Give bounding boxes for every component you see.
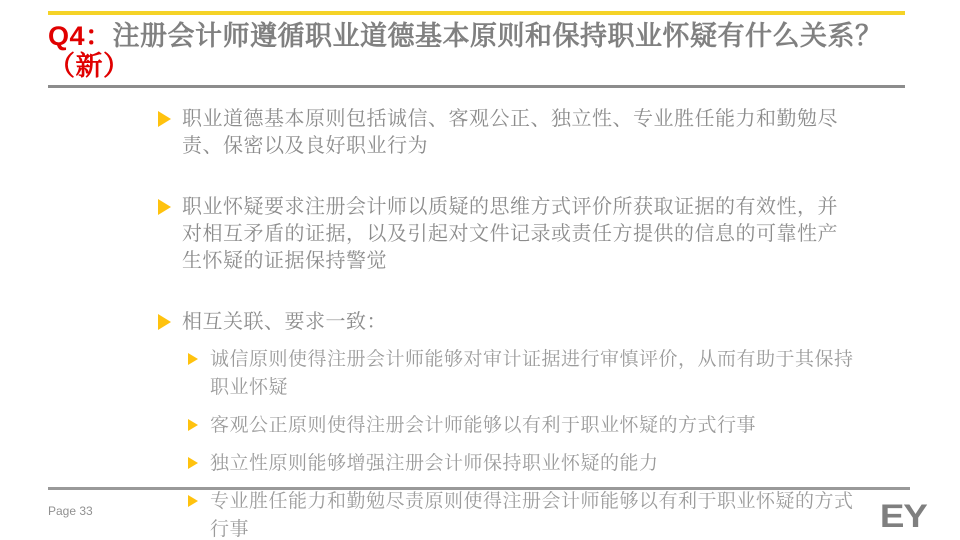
bullet-item: 职业道德基本原则包括诚信、客观公正、独立性、专业胜任能力和勤勉尽责、保密以及良好…: [158, 106, 905, 160]
title-bottom-rule: [48, 85, 905, 88]
bullet-triangle-icon: [158, 111, 171, 127]
bullet-text: 职业怀疑要求注册会计师以质疑的思维方式评价所获取证据的有效性，并对相互矛盾的证据…: [182, 194, 844, 275]
page-number: Page 33: [48, 504, 93, 518]
bullet-triangle-icon: [188, 457, 198, 469]
page-title: Q4：注册会计师遵循职业道德基本原则和保持职业怀疑有什么关系？（新）: [48, 21, 905, 81]
bullet-item: 职业怀疑要求注册会计师以质疑的思维方式评价所获取证据的有效性，并对相互矛盾的证据…: [158, 194, 905, 275]
bullet-triangle-icon: [158, 314, 171, 330]
bullet-text: 诚信原则使得注册会计师能够对审计证据进行审慎评价，从而有助于其保持职业怀疑: [210, 346, 858, 402]
bullet-text: 客观公正原则使得注册会计师能够以有利于职业怀疑的方式行事: [210, 412, 756, 440]
bullet-text: 相互关联、要求一致：: [182, 309, 387, 336]
bullet-text: 职业道德基本原则包括诚信、客观公正、独立性、专业胜任能力和勤勉尽责、保密以及良好…: [182, 106, 844, 160]
bullet-triangle-icon: [188, 419, 198, 431]
title-new-tag: （新）: [48, 51, 905, 81]
sub-bullet-item: 客观公正原则使得注册会计师能够以有利于职业怀疑的方式行事: [188, 412, 905, 440]
bullet-item: 相互关联、要求一致：: [158, 309, 905, 336]
title-text: 注册会计师遵循职业道德基本原则和保持职业怀疑有什么关系？: [113, 21, 883, 51]
bullet-triangle-icon: [158, 199, 171, 215]
question-number: Q4：: [48, 21, 113, 51]
bullet-text: 专业胜任能力和勤勉尽责原则使得注册会计师能够以有利于职业怀疑的方式行事: [210, 488, 858, 540]
sub-bullet-item: 诚信原则使得注册会计师能够对审计证据进行审慎评价，从而有助于其保持职业怀疑: [188, 346, 905, 402]
bullet-list: 职业道德基本原则包括诚信、客观公正、独立性、专业胜任能力和勤勉尽责、保密以及良好…: [48, 106, 905, 540]
ey-logo: EY: [880, 498, 927, 535]
slide: Q4：注册会计师遵循职业道德基本原则和保持职业怀疑有什么关系？（新） 职业道德基…: [0, 0, 960, 540]
bullet-text: 独立性原则能够增强注册会计师保持职业怀疑的能力: [210, 450, 659, 478]
sub-bullet-item: 独立性原则能够增强注册会计师保持职业怀疑的能力: [188, 450, 905, 478]
bullet-triangle-icon: [188, 353, 198, 365]
title-top-rule: [48, 11, 905, 15]
bullet-triangle-icon: [188, 495, 198, 507]
sub-bullet-item: 专业胜任能力和勤勉尽责原则使得注册会计师能够以有利于职业怀疑的方式行事: [188, 488, 905, 540]
footer-rule: [48, 487, 910, 490]
